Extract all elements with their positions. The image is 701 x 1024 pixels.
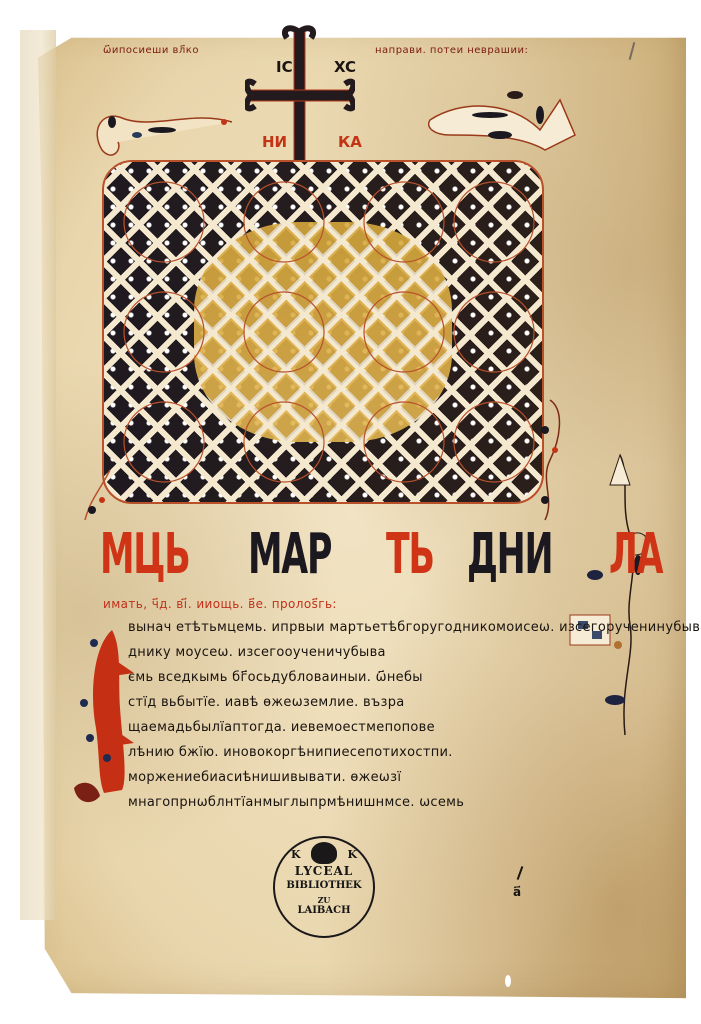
top-left-marginal-note: ѡ҃ипосиеши вл҃ко <box>103 45 199 56</box>
cross-icon <box>245 24 355 174</box>
body-line-6: лѣнию бжїю. иновокоргѣнипиесепотихостпи. <box>128 745 453 760</box>
body-line-4: стїд вьбытїе. иавѣ ѳжеѡземлие. възра <box>128 695 405 710</box>
title-segment-3: ТЬ <box>386 523 434 587</box>
title-segment-5: ЛА <box>609 523 662 587</box>
title-heading: МЦЬ МАР ТЬ ДНИ ЛА ДНЬ <box>100 515 560 587</box>
folio-number: а҃ <box>513 885 521 899</box>
top-right-marginal-note: направи. потеи неврашии: <box>375 45 528 56</box>
nomen-sacrum-ni: НИ <box>262 133 287 151</box>
title-segment-2: МАР <box>248 523 331 587</box>
rubric-line: имать, ч҃д. вı҃. ииощь. в҃е. пролоѕ҃гь: <box>103 597 337 611</box>
stamp-line-laibach: LAIBACH <box>275 905 373 916</box>
title-segment-1: МЦЬ <box>100 523 190 587</box>
library-stamp: K K LYCEAL BIBLIOTHEK ZU LAIBACH <box>273 836 375 938</box>
interlace-headpiece <box>102 160 544 504</box>
stamp-line-bibliothek: BIBLIOTHEK <box>275 880 373 891</box>
headpiece-interlace-loops <box>104 162 542 502</box>
margin-floral-ornament <box>560 445 660 745</box>
nomen-sacrum-ic: IC <box>276 58 293 76</box>
stamp-line-lyceal: LYCEAL <box>275 864 373 878</box>
nomen-sacrum-ka: КА <box>338 133 362 151</box>
body-line-8: мнагопрнѡблнтїанмыглыпрмѣнишнмсе. ѡсемь <box>128 795 464 810</box>
body-line-7: моржениебиасиѣнишивывати. ѳжеѡзї <box>128 770 401 785</box>
binding-fold-strip <box>20 30 56 920</box>
parchment-hole <box>505 975 511 987</box>
stamp-line-zu: ZU <box>275 895 373 905</box>
title-segment-4: ДНИ <box>467 523 552 587</box>
stamp-letter-k-left: K <box>291 848 301 861</box>
body-line-1: вынач етѣтьмцемь. ипрвыи мартьетѣбгоруго… <box>128 620 701 635</box>
nomen-sacrum-xc: XC <box>334 58 356 76</box>
stamp-letter-k-right: K <box>347 848 357 861</box>
double-headed-eagle-icon <box>311 842 337 864</box>
body-line-3: ємь вседкымь бг҃осьдубловаиныи. ѡ҃небы <box>128 670 423 685</box>
body-line-2: днику моусеѡ. изсегооученичубыва <box>128 645 386 660</box>
body-line-5: щаемадьбылїаптогда. иевемоестмепопове <box>128 720 435 735</box>
